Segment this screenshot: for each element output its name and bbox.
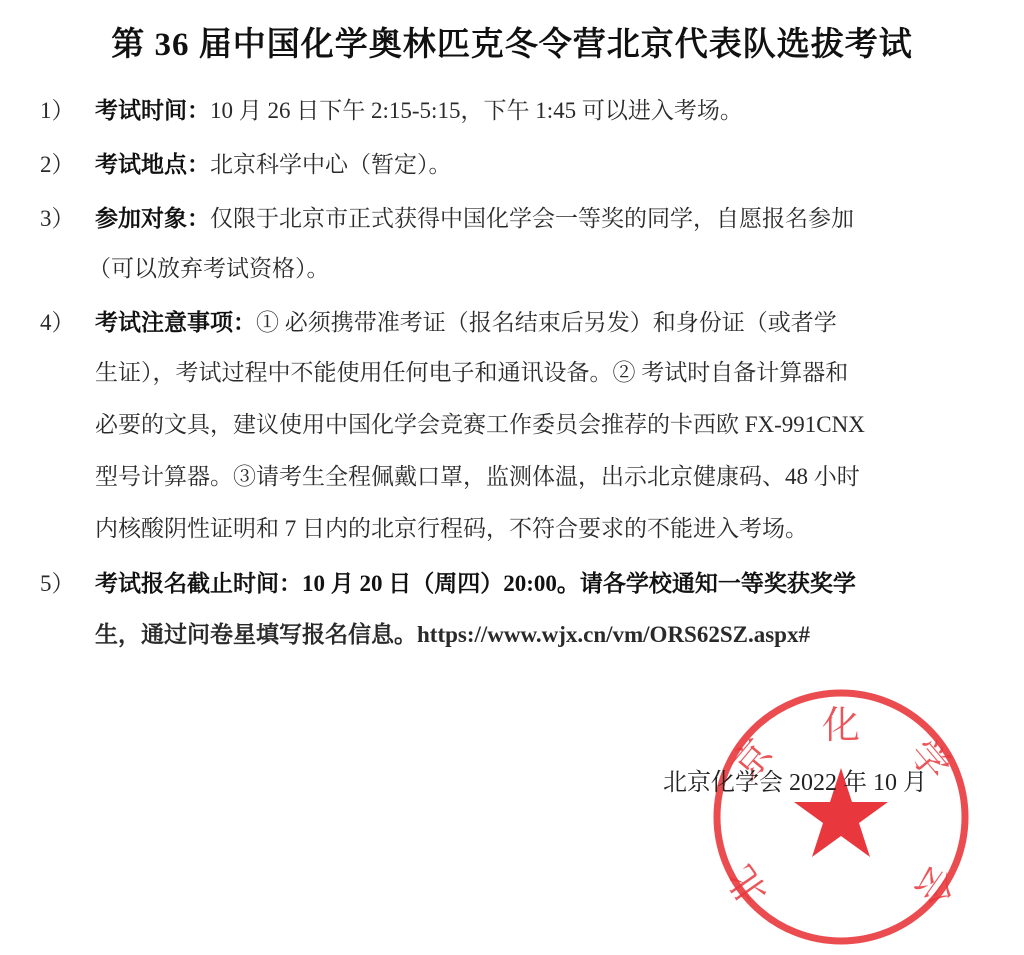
item-text: 仅限于北京市正式获得中国化学会一等奖的同学，自愿报名参加	[210, 206, 854, 231]
item-exam-location: 2）考试地点：北京科学中心（暂定）。	[40, 146, 452, 179]
seal-char: 化	[822, 703, 860, 747]
signature: 北京化学会 2022 年 10 月	[663, 762, 927, 797]
item-number: 3）	[40, 200, 95, 233]
item-number: 2）	[40, 146, 95, 179]
item-text-continued: 内核酸阴性证明和 7 日内的北京行程码，不符合要求的不能进入考场。	[95, 510, 808, 543]
item-label: 考试注意事项：	[95, 310, 256, 335]
item-label: 考试时间：	[95, 98, 210, 123]
item-text-continued: 必要的文具，建议使用中国化学会竞赛工作委员会推荐的卡西欧 FX-991CNX	[95, 406, 865, 439]
item-exam-time: 1）考试时间：10 月 26 日下午 2:15-5:15，下午 1:45 可以进…	[40, 92, 743, 125]
item-label: 考试地点：	[95, 152, 210, 177]
item-notes: 4）考试注意事项：① 必须携带准考证（报名结束后另发）和身份证（或者学	[40, 304, 837, 337]
item-label: 参加对象：	[95, 206, 210, 231]
item-participants: 3）参加对象：仅限于北京市正式获得中国化学会一等奖的同学，自愿报名参加	[40, 200, 854, 233]
item-label: 考试报名截止时间：10 月 20 日（周四）20:00。请各学校通知一等奖获奖学	[95, 571, 856, 596]
item-text-continued: （可以放弃考试资格）。	[88, 250, 330, 283]
item-text-continued: 生证），考试过程中不能使用任何电子和通讯设备。② 考试时自备计算器和	[95, 354, 848, 387]
item-text: 北京科学中心（暂定）。	[210, 152, 452, 177]
item-text: ① 必须携带准考证（报名结束后另发）和身份证（或者学	[256, 310, 837, 335]
item-number: 5）	[40, 565, 95, 598]
item-text: 10 月 26 日下午 2:15-5:15，下午 1:45 可以进入考场。	[210, 98, 743, 123]
item-text-continued: 型号计算器。③请考生全程佩戴口罩，监测体温，出示北京健康码、48 小时	[95, 458, 860, 491]
official-seal: 北 京 化 学 会	[710, 686, 972, 948]
document-title: 第 36 届中国化学奥林匹克冬令营北京代表队选拔考试	[0, 18, 1024, 65]
item-number: 4）	[40, 304, 95, 337]
registration-link-line[interactable]: 生，通过问卷星填写报名信息。https://www.wjx.cn/vm/ORS6…	[95, 616, 810, 649]
item-number: 1）	[40, 92, 95, 125]
item-registration-deadline: 5）考试报名截止时间：10 月 20 日（周四）20:00。请各学校通知一等奖获…	[40, 565, 856, 598]
